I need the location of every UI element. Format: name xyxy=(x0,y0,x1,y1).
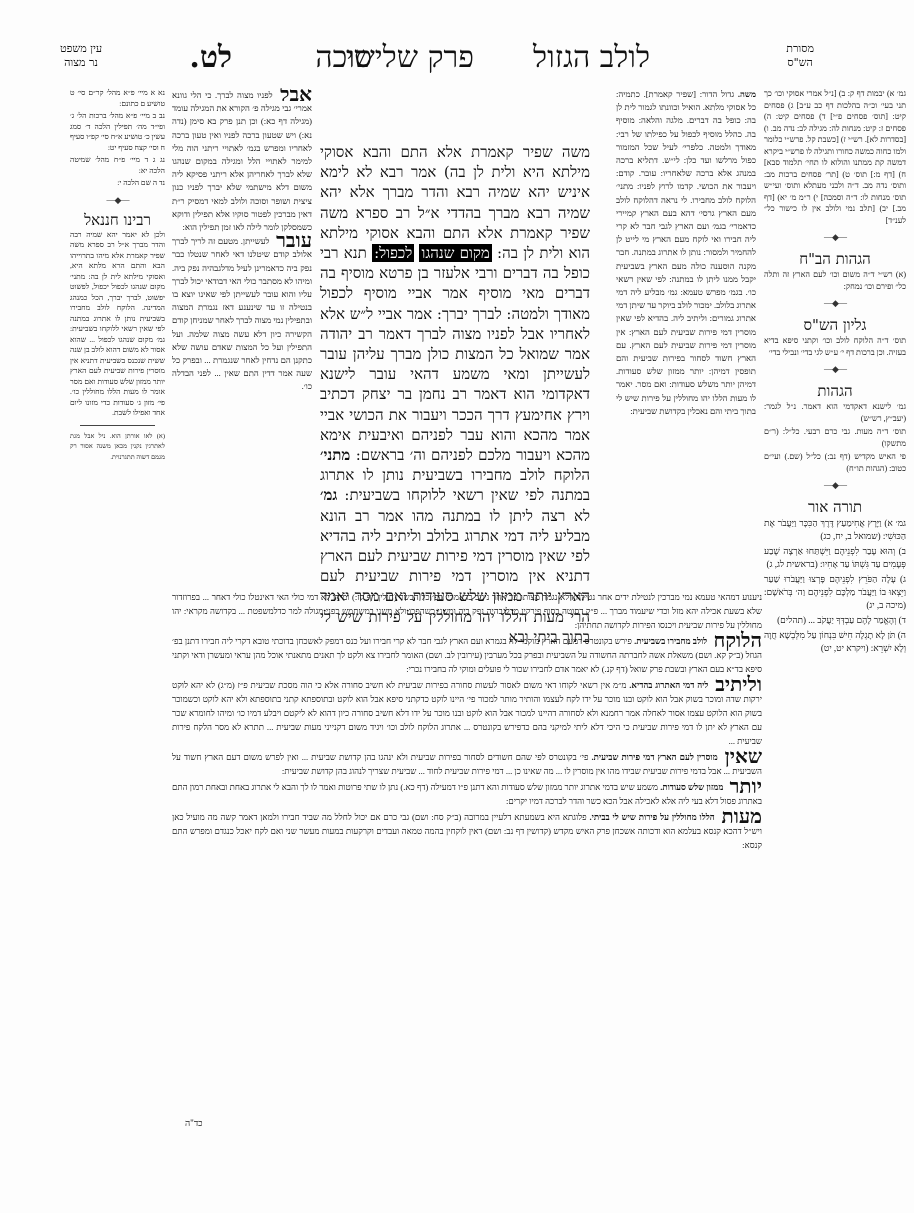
commentary-entry: יותר ממזון שלש סעודות. משמע שיש בדמי אתר… xyxy=(172,779,762,808)
footnote-rule xyxy=(80,425,155,426)
gemara-label: גמ׳ xyxy=(320,486,337,504)
ornament-divider: —◆— xyxy=(764,232,906,244)
rabbeinu-chananel-footnote: (א) לאו אורתן הוא. ניל אבל מגת לאתרגין נ… xyxy=(70,432,165,464)
lower-commentary: ניענוע דמהאי טעמא נמי מברכין לנטילת ידים… xyxy=(172,590,762,853)
ein-mishpat-item: נג ג ד מיי׳ פ״ח מהל׳ שמיטה הלכה יא: xyxy=(70,155,165,176)
torah-or-item: ב) וְהוּא עָבַר לִפְנֵיהֶם וַיִּשְׁתַּחו… xyxy=(764,545,906,571)
hagahot-item: תוס׳ ד״ה מעות. גבי כרם רבעי. כל״ל: (ר״ם … xyxy=(764,426,906,449)
mishna-text: הלוקח לולב מחבירו בשביעית נותן לו אתרוג … xyxy=(320,466,590,504)
printer-signature: כד"ה xyxy=(185,1118,203,1128)
chapter-name: לולב הגזול xyxy=(533,40,650,75)
mishna-quote-highlight: לכפול: xyxy=(372,244,414,262)
entry-dibur: שאין xyxy=(725,744,762,768)
daf-number: לט. xyxy=(189,40,232,75)
entry-head: לולב מחבירו בשביעית. xyxy=(634,636,707,646)
ornament-divider: —◆— xyxy=(764,480,906,492)
torah-or-item: ה) תֹּן לָא תָגְלָה חִישׁ בִּנְחוֹן עַל … xyxy=(764,629,906,655)
entry-dibur: יותר xyxy=(730,774,762,798)
hagahot-title: הגהות xyxy=(764,386,906,398)
entry-head: מוסרין לעם הארץ דמי פירות שביעית. xyxy=(591,752,717,762)
masoret-hashas-title: מסורת הש"ס xyxy=(786,42,814,70)
commentary-entry: הלוקח לולב מחבירו בשביעית. פירש בקונטרס … xyxy=(172,633,762,676)
entry-head: ממזון שלש סעודות. xyxy=(660,782,723,792)
left-margin-notes: נא א מיי׳ פ״א מהל׳ קר״ם סי׳ ט טושיע ם כת… xyxy=(70,88,165,463)
right-margin-notes: גמ׳ א) יבמות דף ק: ב) [נ״ל אמרי אסוקי וכ… xyxy=(764,88,906,657)
mishna-quote-highlight: מקום שנהגו xyxy=(419,244,491,262)
hagahot-item: פי האיש מקדיש (דף נב:) כל״ל (שם.) ועי״ם … xyxy=(764,451,906,474)
tractate-name: סוכה xyxy=(315,40,372,75)
commentary-entry: שאין מוסרין לעם הארץ דמי פירות שביעית. פ… xyxy=(172,749,762,778)
tosafot-text: לפניו מצוה לברך. כי הלי גוונא אמרי׳ גבי … xyxy=(172,90,312,232)
torah-or-title: תורה אור xyxy=(764,502,906,514)
ein-mishpat-item: נא א מיי׳ פ״א מהל׳ קר״ם סי׳ ט טושיע ם כת… xyxy=(70,88,165,109)
hagahot-habach-text: (א) רש״י ד״ה משום וכו׳ לעם הארץ זה ותלה … xyxy=(764,269,906,292)
entry-head: ליה דמי האתרוג בהדיא. xyxy=(629,680,708,690)
ornament-divider: —◆— xyxy=(764,298,906,310)
ein-mishpat-item: נד ה שם הלכה י: xyxy=(70,178,165,189)
gemara-line: משה שפיר קאמרת אלא התם והבא אסוקי xyxy=(320,143,590,161)
gemara-line: מילתא היא ולית לן בה) אמר רבא לא לימא xyxy=(320,163,590,181)
torah-or-item: ג) עָלָה הַפֹּרֵץ לִפְנֵיהֶם פָּרְצוּ וַ… xyxy=(764,573,906,612)
commentary-entry: וליתיב ליה דמי האתרוג בהדיא. מ״מ אין רשא… xyxy=(172,677,762,748)
hagahot-list: גמ׳ לישנא דאקדמי הוא דאמר. נ״ל לגמר: (יע… xyxy=(764,401,906,474)
torah-or-item: ד) וְהֶאֱמַר לָהֶם עַבְדְּךָ יַעֲקֹב ...… xyxy=(764,614,906,627)
rashi-text: גדול הדור: [שפיר קאמרת]. כתמיה: כל אסוקי… xyxy=(616,89,756,416)
masoret-hashas-text: גמ׳ א) יבמות דף ק: ב) [נ״ל אמרי אסוקי וכ… xyxy=(764,88,906,226)
gemara-continuation: תנא רבי כופל בה דברים ורבי אלעזר בן פרטא… xyxy=(320,244,590,464)
torah-or-list: גמ׳ א) וַיָּרָץ אֲחִימַעַץ דֶּרֶךְ הַכִּ… xyxy=(764,517,906,655)
ein-mishpat-item: נב ב מיי׳ פ״א מהל׳ ברכות הל׳ ג׳ ופי״ד מה… xyxy=(70,111,165,153)
rabbeinu-chananel-title: רבינו חננאל xyxy=(70,215,165,226)
gilyon-hashas-title: גליון הש"ס xyxy=(764,320,906,332)
hagahot-item: גמ׳ לישנא דאקדמי הוא דאמר. נ״ל לגמר: (יע… xyxy=(764,401,906,424)
entry-head: הללו מחוללין על פירות שיש לי בביתי. xyxy=(590,812,715,822)
ein-mishpat-title: עין משפט נר מצוה xyxy=(60,42,102,70)
hagahot-habach-title: הגהות הב"ח xyxy=(764,254,906,266)
ornament-divider: —◆— xyxy=(764,364,906,376)
gilyon-hashas-text: תוס׳ ד״ה הלוקח לולב וכו׳ וקתני סיפא בדיא… xyxy=(764,335,906,358)
lower-intro: ניענוע דמהאי טעמא נמי מברכין לנטילת ידים… xyxy=(172,590,762,632)
entry-dibur: הלוקח xyxy=(713,628,762,652)
tosafot-text-2: לעשייתן. מטעם זה לריך לברך אלולב קודם שי… xyxy=(172,236,312,391)
torah-or-item: גמ׳ א) וַיָּרָץ אֲחִימַעַץ דֶּרֶךְ הַכִּ… xyxy=(764,517,906,543)
ornament-divider: —◆— xyxy=(70,195,165,206)
mishna-label: מתני׳ xyxy=(320,446,350,464)
gemara-line: איניש יהא שמיה רבא והדר מברך אלא xyxy=(350,183,590,201)
entry-dibur: וליתיב xyxy=(715,672,762,696)
entry-dibur: מעות xyxy=(722,804,763,828)
commentary-entry: מעות הללו מחוללין על פירות שיש לי בביתי.… xyxy=(172,809,762,852)
tosafot-commentary: אבל לפניו מצוה לברך. כי הלי גוונא אמרי׳ … xyxy=(172,88,312,578)
rashi-dibur-hamatchil: משה. xyxy=(738,89,756,99)
page-header: מסורת הש"ס לולב הגזול פרק שלישי סוכה לט.… xyxy=(0,40,914,82)
gemara-main-text: משה שפיר קאמרת אלא התם והבא אסוקי מילתא … xyxy=(320,142,590,647)
rashi-commentary: משה. גדול הדור: [שפיר קאמרת]. כתמיה: כל … xyxy=(616,88,756,578)
rabbeinu-chananel-text: ולכן לא יאמר יהא שמיה רבה והדר מברך א״ל … xyxy=(70,230,165,419)
ein-mishpat-list: נא א מיי׳ פ״א מהל׳ קר״ם סי׳ ט טושיע ם כת… xyxy=(70,88,165,189)
